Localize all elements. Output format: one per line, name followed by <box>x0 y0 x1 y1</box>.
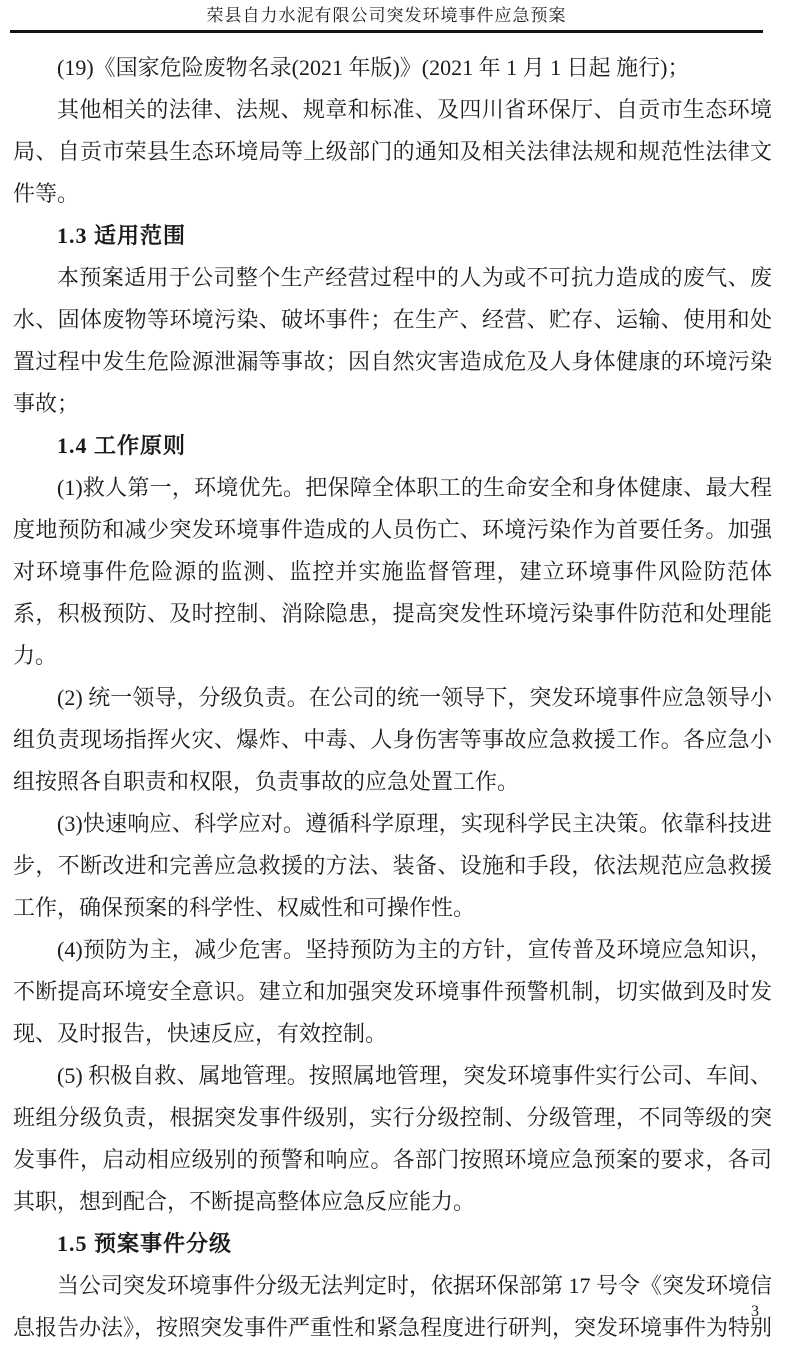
section-heading-1-3-scope: 1.3 适用范围 <box>13 215 772 257</box>
page-number: 3 <box>751 1302 759 1322</box>
doc-header: 荣县自力水泥有限公司突发环境事件应急预案 <box>10 0 763 33</box>
section-heading-1-5-event-grading: 1.5 预案事件分级 <box>13 1223 772 1265</box>
para-principle-5-self-rescue: (5) 积极自救、属地管理。按照属地管理，突发环境事件实行公司、车间、班组分级负… <box>13 1055 772 1223</box>
para-event-grading: 当公司突发环境事件分级无法判定时，依据环保部第 17 号令《突发环境信息报告办法… <box>13 1265 772 1349</box>
document-page: 荣县自力水泥有限公司突发环境事件应急预案 (19)《国家危险废物名录(2021 … <box>0 0 800 1351</box>
doc-header-title: 荣县自力水泥有限公司突发环境事件应急预案 <box>10 5 763 26</box>
para-principle-4-prevention-first: (4)预防为主，减少危害。坚持预防为主的方针，宣传普及环境应急知识，不断提高环境… <box>13 929 772 1055</box>
para-principle-1-rescue-first: (1)救人第一，环境优先。把保障全体职工的生命安全和身体健康、最大程度地预防和减… <box>13 467 772 677</box>
para-scope-of-application: 本预案适用于公司整个生产经营过程中的人为或不可抗力造成的废气、废水、固体废物等环… <box>13 257 772 425</box>
para-principle-2-unified-leadership: (2) 统一领导，分级负责。在公司的统一领导下，突发环境事件应急领导小组负责现场… <box>13 677 772 803</box>
doc-body: (19)《国家危险废物名录(2021 年版)》(2021 年 1 月 1 日起 … <box>13 47 772 1349</box>
para-hazardous-waste-catalog: (19)《国家危险废物名录(2021 年版)》(2021 年 1 月 1 日起 … <box>13 47 772 89</box>
para-principle-3-rapid-response: (3)快速响应、科学应对。遵循科学原理，实现科学民主决策。依靠科技进步，不断改进… <box>13 803 772 929</box>
section-heading-1-4-principles: 1.4 工作原则 <box>13 425 772 467</box>
para-other-laws: 其他相关的法律、法规、规章和标准、及四川省环保厅、自贡市生态环境局、自贡市荣县生… <box>13 89 772 215</box>
